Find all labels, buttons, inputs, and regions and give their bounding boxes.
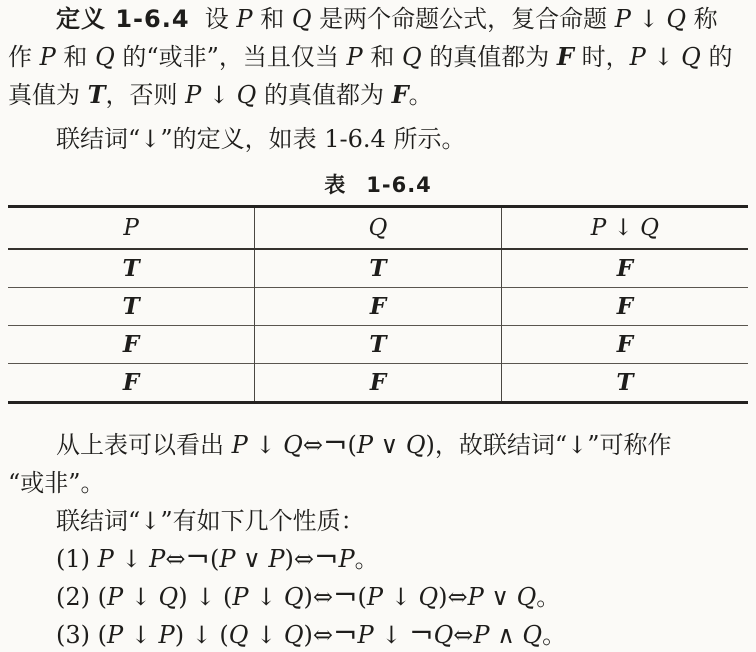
text-segment: T xyxy=(88,80,106,109)
text-segment: 。 xyxy=(536,583,560,611)
text-segment: ¬ xyxy=(314,540,339,574)
text-segment: Q xyxy=(434,621,454,649)
truth-value-cell: F xyxy=(255,364,502,403)
text-segment: ↓ xyxy=(114,545,149,573)
truth-value-cell: T xyxy=(255,326,502,364)
text-segment: ↓ xyxy=(123,621,158,649)
truth-value-cell: F xyxy=(255,288,502,326)
text-segment: 表 xyxy=(324,173,346,197)
text-segment: Q xyxy=(681,43,701,71)
text-segment: Q xyxy=(229,621,249,649)
table-row: T T F xyxy=(8,249,748,288)
text-segment: ¬ xyxy=(409,616,434,650)
definition-line-1: 定义 1-6.4 设 P 和 Q 是两个命题公式，复合命题 P ↓ Q 称 xyxy=(8,0,748,38)
text-segment: ( xyxy=(210,545,219,573)
properties-intro-line: 联结词“↓”有如下几个性质： xyxy=(8,502,748,540)
text-segment: 设 xyxy=(190,5,237,33)
truth-value-cell: T xyxy=(255,249,502,288)
text-segment: P xyxy=(358,621,374,649)
text-segment: 联结词“↓”有如下几个性质： xyxy=(56,507,365,535)
text-segment: ¬ xyxy=(333,578,358,612)
text-segment: 1-6.4 xyxy=(366,173,432,197)
text-segment: )，故联结词“↓”可称作 xyxy=(426,431,672,459)
text-segment: (1) xyxy=(56,545,98,573)
text-segment: )⇔ xyxy=(438,583,467,611)
text-segment: P xyxy=(98,545,114,573)
text-segment: P xyxy=(615,5,631,33)
property-item-1: (1) P ↓ P⇔¬(P ∨ P)⇔¬P。 xyxy=(8,540,748,578)
text-segment: 和 xyxy=(56,43,95,71)
text-segment: Q xyxy=(237,81,257,109)
text-segment: ∨ xyxy=(373,431,406,459)
text-segment: Q xyxy=(406,431,426,459)
truth-value-cell: T xyxy=(8,249,255,288)
truth-value-cell: F xyxy=(8,364,255,403)
text-segment: 。 xyxy=(409,81,433,109)
text-segment: ↓ xyxy=(123,583,158,611)
property-item-3: (3) (P ↓ P) ↓ (Q ↓ Q)⇔¬P ↓ ¬Q⇔P ∧ Q。 xyxy=(8,616,748,652)
text-segment: )⇔ xyxy=(284,545,313,573)
text-segment: 真值为 xyxy=(8,81,88,109)
text-segment: P xyxy=(185,81,201,109)
text-segment: 的真值都为 xyxy=(256,81,391,109)
text-segment: )⇔ xyxy=(304,583,333,611)
text-segment: P xyxy=(236,5,252,33)
text-segment: Q xyxy=(95,43,115,71)
text-segment: ( xyxy=(358,583,367,611)
header-cell-p-nor-q: P ↓ Q xyxy=(501,207,748,250)
text-segment: P xyxy=(123,215,138,241)
text-segment: (3) ( xyxy=(56,621,107,649)
text-segment: Q xyxy=(402,43,422,71)
text-segment: P xyxy=(357,431,373,459)
text-segment: Q xyxy=(292,5,312,33)
text-segment: ↓ xyxy=(383,583,418,611)
text-segment xyxy=(346,173,366,197)
text-segment: ) ↓ ( xyxy=(175,621,229,649)
text-segment: Q xyxy=(284,621,304,649)
text-segment: Q xyxy=(159,583,179,611)
text-segment: P xyxy=(219,545,235,573)
text-segment: ¬ xyxy=(333,616,358,650)
property-item-2: (2) (P ↓ Q) ↓ (P ↓ Q)⇔¬(P ↓ Q)⇔P ∨ Q。 xyxy=(8,578,748,616)
observation-paragraph: 从上表可以看出 P ↓ Q⇔¬(P ∨ Q)，故联结词“↓”可称作 “或非”。 xyxy=(8,426,748,502)
text-segment: ↓ xyxy=(631,5,666,33)
text-segment: ↓ xyxy=(248,431,283,459)
observation-line-1: 从上表可以看出 P ↓ Q⇔¬(P ∨ Q)，故联结词“↓”可称作 xyxy=(8,426,748,464)
text-segment: 时， xyxy=(574,43,630,71)
text-segment: 的 xyxy=(701,43,733,71)
header-cell-q: Q xyxy=(255,207,502,250)
truth-table-header-row: P Q P ↓ Q xyxy=(8,207,748,250)
definition-paragraph: 定义 1-6.4 设 P 和 Q 是两个命题公式，复合命题 P ↓ Q 称 作 … xyxy=(8,0,748,114)
definition-line-3: 真值为 T，否则 P ↓ Q 的真值都为 F。 xyxy=(8,76,748,114)
text-segment: ¬ xyxy=(323,426,348,460)
text-segment: P xyxy=(347,43,363,71)
text-segment: Q xyxy=(640,215,659,241)
text-segment: )⇔ xyxy=(304,621,333,649)
text-segment: ⇔ xyxy=(165,545,185,573)
text-segment: Q xyxy=(666,5,686,33)
text-segment: ↓ xyxy=(374,621,409,649)
text-segment: ↓ xyxy=(201,81,236,109)
text-segment: 的“或非”，当且仅当 xyxy=(115,43,347,71)
truth-table: P Q P ↓ Q T T F T F F F T F F xyxy=(8,205,748,404)
truth-value-cell: F xyxy=(501,249,748,288)
text-segment: 和 xyxy=(363,43,402,71)
text-segment: ↓ xyxy=(248,583,283,611)
text-segment: P xyxy=(232,431,248,459)
text-segment: F xyxy=(392,80,409,109)
table-row: T F F xyxy=(8,288,748,326)
text-segment: Q xyxy=(522,621,542,649)
text-segment: ↓ xyxy=(646,43,681,71)
text-segment: Q xyxy=(284,583,304,611)
table-row: F T F xyxy=(8,326,748,364)
text-segment: Q xyxy=(517,583,537,611)
text-segment: Q xyxy=(369,215,388,241)
text-segment: Q xyxy=(418,583,438,611)
text-segment: ∧ xyxy=(490,621,523,649)
text-segment: 从上表可以看出 xyxy=(56,431,232,459)
text-segment: ) ↓ ( xyxy=(178,583,232,611)
text-segment: P xyxy=(159,621,175,649)
table-row: F F T xyxy=(8,364,748,403)
text-segment: P xyxy=(473,621,489,649)
table-caption: 表 1-6.4 xyxy=(8,171,748,199)
text-segment: P xyxy=(107,583,123,611)
text-segment: 。 xyxy=(542,621,566,649)
text-segment: 联结词“↓”的定义，如表 1-6.4 所示。 xyxy=(56,125,465,153)
text-segment: 定义 1-6.4 xyxy=(56,5,190,33)
text-segment: 和 xyxy=(253,5,292,33)
text-segment: P xyxy=(630,43,646,71)
text-segment: 称 xyxy=(686,5,718,33)
truth-value-cell: F xyxy=(8,326,255,364)
text-segment: ¬ xyxy=(185,540,210,574)
truth-value-cell: F xyxy=(501,288,748,326)
observation-line-2: “或非”。 xyxy=(8,464,748,502)
text-segment: (2) ( xyxy=(56,583,107,611)
table-intro-line: 联结词“↓”的定义，如表 1-6.4 所示。 xyxy=(8,120,748,158)
text-segment: 是两个命题公式，复合命题 xyxy=(312,5,615,33)
truth-value-cell: T xyxy=(501,364,748,403)
textbook-page: 定义 1-6.4 设 P 和 Q 是两个命题公式，复合命题 P ↓ Q 称 作 … xyxy=(0,0,756,652)
text-segment: ∨ xyxy=(235,545,268,573)
truth-value-cell: T xyxy=(8,288,255,326)
text-segment: Q xyxy=(283,431,303,459)
header-cell-p: P xyxy=(8,207,255,250)
text-segment: ，否则 xyxy=(106,81,186,109)
truth-value-cell: F xyxy=(501,326,748,364)
text-segment: P xyxy=(149,545,165,573)
text-segment: ⇔ xyxy=(453,621,473,649)
text-segment: 作 xyxy=(8,43,40,71)
text-segment: P xyxy=(468,583,484,611)
text-segment: P xyxy=(591,215,606,241)
text-segment: P xyxy=(107,621,123,649)
text-segment: P xyxy=(268,545,284,573)
text-segment: 。 xyxy=(355,545,379,573)
text-segment: P xyxy=(338,545,354,573)
text-segment: 的真值都为 xyxy=(422,43,557,71)
text-segment: ⇔ xyxy=(303,431,323,459)
text-segment: F xyxy=(557,42,574,71)
text-segment: ( xyxy=(348,431,357,459)
text-segment: ↓ xyxy=(606,215,640,241)
text-segment: P xyxy=(232,583,248,611)
definition-line-2: 作 P 和 Q 的“或非”，当且仅当 P 和 Q 的真值都为 F 时，P ↓ Q… xyxy=(8,38,748,76)
text-segment: ∨ xyxy=(484,583,517,611)
text-segment: “或非”。 xyxy=(8,469,105,497)
text-segment: P xyxy=(367,583,383,611)
text-segment: P xyxy=(40,43,56,71)
text-segment: ↓ xyxy=(248,621,283,649)
